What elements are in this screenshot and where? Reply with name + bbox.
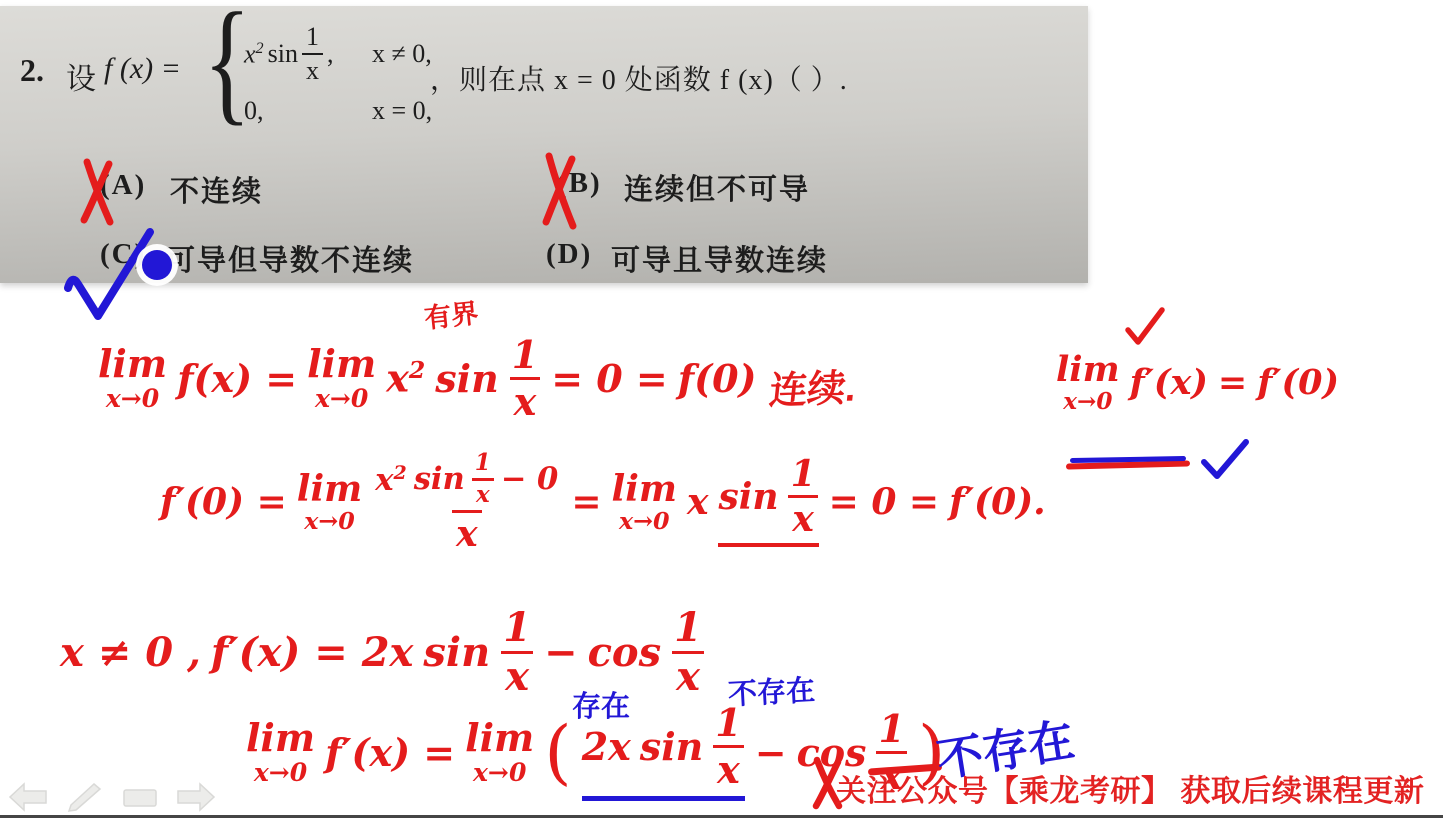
pen-icon[interactable] bbox=[64, 782, 104, 812]
option-d-label: (D) bbox=[546, 238, 592, 271]
case1-condition: x ≠ 0, bbox=[372, 39, 432, 69]
problem-intro: 设 bbox=[66, 54, 96, 98]
option-a-text: 不连续 bbox=[170, 169, 263, 210]
lecture-slide: 2. 设 f (x) = { x2 sin1x, x ≠ 0, 0, x = 0… bbox=[0, 0, 1443, 818]
double-underline bbox=[1066, 456, 1192, 470]
option-b-text: 连续但不可导 bbox=[624, 167, 810, 208]
case2-expression: 0, bbox=[244, 98, 372, 124]
hw-continuous-note: 连续. bbox=[767, 356, 859, 414]
watermark-text: 关注公众号【乘龙考研】 获取后续课程更新 bbox=[836, 766, 1424, 810]
rectangle-icon[interactable] bbox=[120, 782, 160, 812]
hw-derivative-at-zero-line: f′(0) =limx→0x2sin1x− 0x=limx→0xsin1x= 0… bbox=[160, 452, 1046, 552]
problem-number: 2. bbox=[20, 52, 44, 89]
undo-arrow-icon[interactable] bbox=[8, 782, 48, 812]
case2-condition: x = 0, bbox=[372, 96, 432, 126]
problem-card: 2. 设 f (x) = { x2 sin1x, x ≠ 0, 0, x = 0… bbox=[0, 6, 1088, 283]
hw-bounded-note: 有界 bbox=[422, 291, 480, 335]
pen-cursor-dot bbox=[142, 250, 172, 280]
red-check-icon bbox=[1124, 306, 1168, 348]
option-c-check-mark bbox=[58, 222, 158, 327]
whiteboard-toolbar bbox=[8, 782, 216, 812]
option-b-cross-mark bbox=[541, 152, 579, 230]
function-definition: f (x) = bbox=[104, 52, 181, 86]
option-c-text: 可导但导数不连续 bbox=[166, 238, 414, 279]
hw-not-exists-note: 不存在 bbox=[727, 668, 816, 713]
hw-exists-note: 存在 bbox=[572, 684, 630, 725]
piecewise-cases: x2 sin1x, x ≠ 0, 0, x = 0, bbox=[244, 24, 432, 126]
case1-expression: x2 sin1x, bbox=[244, 24, 372, 84]
option-a-cross-mark bbox=[80, 158, 116, 226]
hw-limit-fx-line: limx→0f(x) =limx→0x2sin1x= 0 =f(0) bbox=[98, 336, 757, 421]
option-d-text: 可导且导数连续 bbox=[611, 238, 828, 279]
hw-derivative-limit-condition: limx→0f′(x)=f′(0) bbox=[1056, 352, 1339, 413]
redo-arrow-icon[interactable] bbox=[176, 782, 216, 812]
problem-question: ，则在点 x = 0 处函数 f (x)（ ）. bbox=[430, 58, 848, 98]
blue-check-icon bbox=[1200, 436, 1252, 480]
